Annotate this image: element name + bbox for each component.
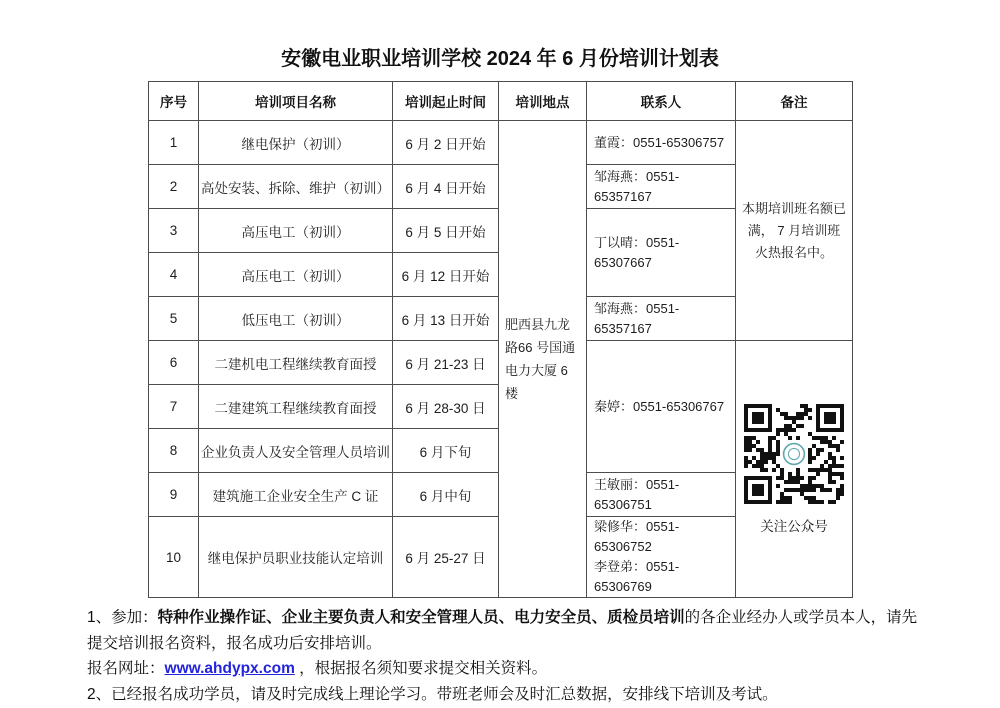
row-number-cell: 3 xyxy=(149,209,199,253)
col-header-remark: 备注 xyxy=(736,82,853,121)
time-cell: 6 月 5 日开始 xyxy=(393,209,499,253)
row-number-cell: 2 xyxy=(149,165,199,209)
header-row: 序号 培训项目名称 培训起止时间 培训地点 联系人 备注 xyxy=(149,82,853,121)
footer-notes: 1、参加：特种作业操作证、企业主要负责人和安全管理人员、电力安全员、质检员培训的… xyxy=(87,605,929,707)
qr-block: 关注公众号 xyxy=(737,404,851,535)
contact-cell: 董霞：0551-65306757 xyxy=(587,121,736,165)
row-number-cell: 4 xyxy=(149,253,199,297)
col-header-course: 培训项目名称 xyxy=(199,82,393,121)
course-name-cell: 建筑施工企业安全生产 C 证 xyxy=(199,473,393,517)
col-header-contact: 联系人 xyxy=(587,82,736,121)
page-title: 安徽电业职业培训学校 2024 年 6 月份培训计划表 xyxy=(148,0,852,72)
time-cell: 6 月中旬 xyxy=(393,473,499,517)
site-suffix: ，根据报名须知要求提交相关资料。 xyxy=(295,660,547,677)
col-header-location: 培训地点 xyxy=(499,82,587,121)
time-cell: 6 月 2 日开始 xyxy=(393,121,499,165)
col-header-time: 培训起止时间 xyxy=(393,82,499,121)
contact-cell: 秦婷：0551-65306767 xyxy=(587,341,736,473)
contact-cell: 邹海燕：0551-65357167 xyxy=(587,165,736,209)
note-item-1: 1、参加：特种作业操作证、企业主要负责人和安全管理人员、电力安全员、质检员培训的… xyxy=(87,605,929,656)
location-cell: 肥西县九龙路66 号国通电力大厦 6 楼 xyxy=(499,121,587,598)
row-number-cell: 5 xyxy=(149,297,199,341)
note-signup-site: 报名网址：www.ahdypx.com ，根据报名须知要求提交相关资料。 xyxy=(87,656,929,682)
row-number-cell: 7 xyxy=(149,385,199,429)
qr-code-icon xyxy=(744,404,844,504)
note1-prefix: 1、参加： xyxy=(87,609,158,626)
training-plan-table: 序号 培训项目名称 培训起止时间 培训地点 联系人 备注 1 继电保护（初训） … xyxy=(148,81,853,598)
contact-line-1: 梁修华：0551-65306752 xyxy=(594,517,732,557)
row-number-cell: 10 xyxy=(149,517,199,598)
course-name-cell: 继电保护员职业技能认定培训 xyxy=(199,517,393,598)
time-cell: 6 月 13 日开始 xyxy=(393,297,499,341)
course-name-cell: 高处安装、拆除、维护（初训） xyxy=(199,165,393,209)
course-name-cell: 企业负责人及安全管理人员培训 xyxy=(199,429,393,473)
note1-bold-text: 特种作业操作证、企业主要负责人和安全管理人员、电力安全员、质检员培训 xyxy=(158,609,685,626)
time-cell: 6 月 21-23 日 xyxy=(393,341,499,385)
qr-caption: 关注公众号 xyxy=(760,515,828,535)
course-name-cell: 高压电工（初训） xyxy=(199,253,393,297)
contact-cell: 王敏丽：0551-65306751 xyxy=(587,473,736,517)
row-number-cell: 1 xyxy=(149,121,199,165)
course-name-cell: 继电保护（初训） xyxy=(199,121,393,165)
contact-cell: 邹海燕：0551-65357167 xyxy=(587,297,736,341)
document-page: 安徽电业职业培训学校 2024 年 6 月份培训计划表 序号 培训项目名称 培训… xyxy=(0,0,1000,708)
site-label: 报名网址： xyxy=(87,660,165,677)
note-item-2: 2、已经报名成功学员，请及时完成线上理论学习。带班老师会及时汇总数据，安排线下培… xyxy=(87,682,929,708)
contact-line-2: 李登弟：0551-65306769 xyxy=(594,557,732,597)
course-name-cell: 高压电工（初训） xyxy=(199,209,393,253)
time-cell: 6 月 12 日开始 xyxy=(393,253,499,297)
row-number-cell: 8 xyxy=(149,429,199,473)
row-number-cell: 9 xyxy=(149,473,199,517)
contact-cell: 梁修华：0551-65306752 李登弟：0551-65306769 xyxy=(587,517,736,598)
time-cell: 6 月 25-27 日 xyxy=(393,517,499,598)
remark-notice-cell: 本期培训班名额已满， 7 月培训班火热报名中。 xyxy=(736,121,853,341)
contact-cell: 丁以晴：0551-65307667 xyxy=(587,209,736,297)
remark-qr-cell: 关注公众号 xyxy=(736,341,853,598)
time-cell: 6 月 4 日开始 xyxy=(393,165,499,209)
table-row: 1 继电保护（初训） 6 月 2 日开始 肥西县九龙路66 号国通电力大厦 6 … xyxy=(149,121,853,165)
course-name-cell: 二建建筑工程继续教育面授 xyxy=(199,385,393,429)
course-name-cell: 二建机电工程继续教育面授 xyxy=(199,341,393,385)
course-name-cell: 低压电工（初训） xyxy=(199,297,393,341)
signup-url-link[interactable]: www.ahdypx.com xyxy=(165,660,295,677)
col-header-number: 序号 xyxy=(149,82,199,121)
row-number-cell: 6 xyxy=(149,341,199,385)
time-cell: 6 月下旬 xyxy=(393,429,499,473)
time-cell: 6 月 28-30 日 xyxy=(393,385,499,429)
